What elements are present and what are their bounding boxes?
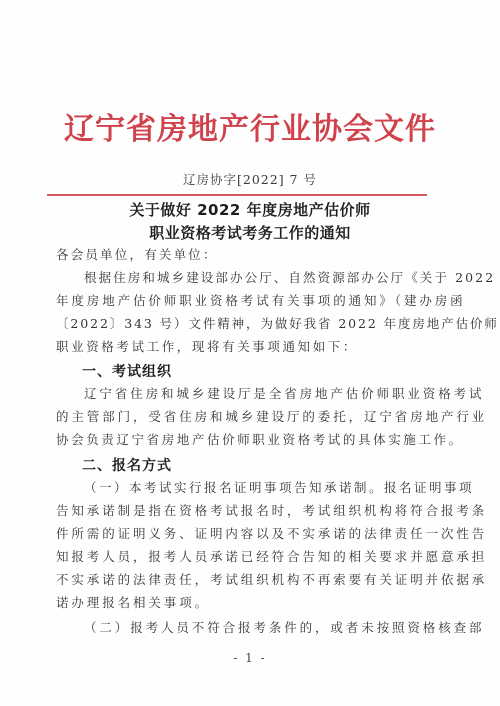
intro-line: 职业资格考试工作，现将有关事项通知如下： <box>56 339 358 355</box>
section-line: 告知承诺制是指在资格考试报名时，考试组织机构将符合报考条 <box>56 503 487 519</box>
notice-title-line-1: 关于做好 2022 年度房地产估价师 <box>0 199 500 220</box>
section-line: 件所需的证明义务、证明内容以及不实承诺的法律责任一次性告 <box>56 526 487 542</box>
section-heading-registration-method: 二、报名方式 <box>82 455 172 475</box>
intro-line: 年度房地产估价师职业资格考试有关事项的通知》（建办房函 <box>56 293 466 309</box>
section-line: （二）报考人员不符合报考条件的，或者未按照资格核查部 <box>84 620 484 636</box>
section-heading-exam-organization: 一、考试组织 <box>82 361 172 381</box>
document-page: 辽宁省房地产行业协会文件 辽房协字[2022] 7 号 关于做好 2022 年度… <box>0 0 500 706</box>
page-number: - 1 - <box>0 651 500 665</box>
section-line: 诺办理报名相关事项。 <box>56 595 210 611</box>
section-line: 知报考人员，报考人员承诺已经符合告知的相关要求并愿意承担 <box>56 549 487 565</box>
section-line: （一）本考试实行报名证明事项告知承诺制。报名证明事项 <box>84 480 474 496</box>
section-line: 辽宁省住房和城乡建设厅是全省房地产估价师职业资格考试 <box>84 386 484 402</box>
notice-title-line-2: 职业资格考试考务工作的通知 <box>0 222 500 243</box>
section-line: 协会负责辽宁省房地产估价师职业资格考试的具体实施工作。 <box>56 432 464 448</box>
section-line: 的主管部门，受省住房和城乡建设厅的委托，辽宁省房地产行业 <box>56 409 487 425</box>
intro-line: 根据住房和城乡建设部办公厅、自然资源部办公厅《关于 2022 <box>84 270 495 286</box>
intro-line: 〔2022〕343 号）文件精神，为做好我省 2022 年度房地产估价师 <box>56 316 499 332</box>
section-line: 不实承诺的法律责任，考试组织机构不再索要有关证明并依据承 <box>56 572 487 588</box>
salutation: 各会员单位，有关单位： <box>56 247 218 263</box>
header-divider <box>47 194 427 196</box>
org-header-title: 辽宁省房地产行业协会文件 <box>0 110 500 150</box>
document-number: 辽房协字[2022] 7 号 <box>0 170 500 188</box>
